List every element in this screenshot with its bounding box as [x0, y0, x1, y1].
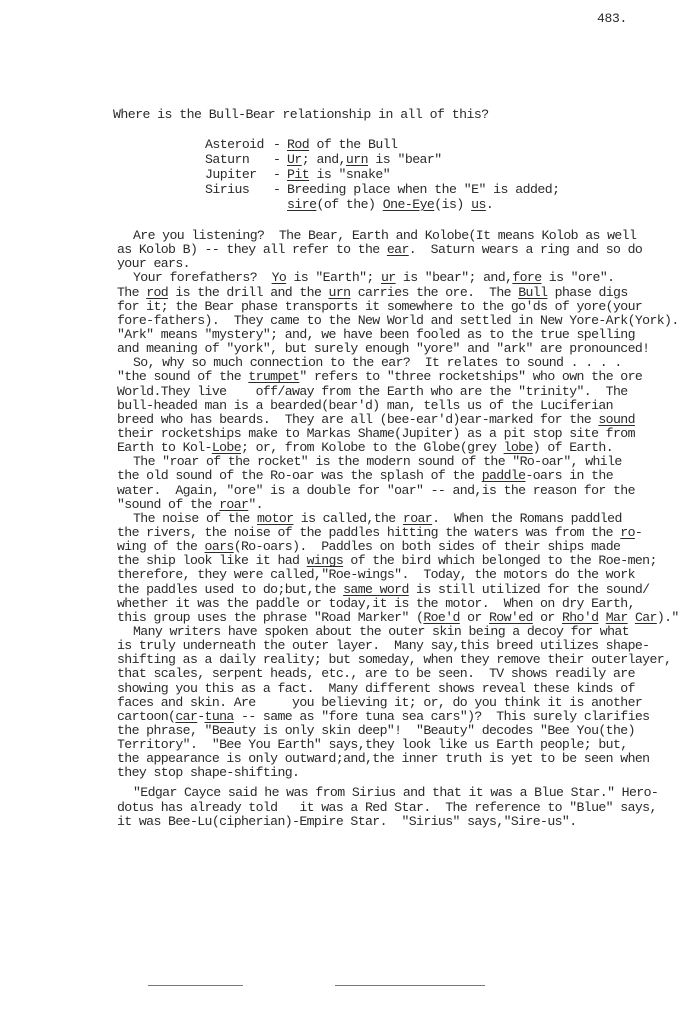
key-definition: Breeding place when the "E" is added;: [287, 182, 559, 197]
text-line: the ship look like it had wings of the b…: [117, 554, 692, 568]
text-line: their rocketships make to Markas Shame(J…: [117, 427, 692, 441]
text-line: the phrase, "Beauty is only skin deep"! …: [117, 724, 692, 738]
footer-rule-right: [335, 985, 485, 986]
key-term: Jupiter: [205, 167, 273, 182]
text-line: bull-headed man is a bearded(bear'd) man…: [117, 399, 692, 413]
text-line: the paddles used to do;but,the same word…: [117, 583, 692, 597]
text-line: Earth to Kol-Lobe; or, from Kolobe to th…: [117, 441, 692, 455]
text-line: your ears.: [117, 257, 692, 271]
key-dash: -: [273, 137, 287, 152]
key-term: Sirius: [205, 182, 273, 197]
planet-key-list: Asteroid- Rod of the BullSaturn- Ur; and…: [205, 137, 559, 212]
text-line: "Ark" means "mystery"; and, we have been…: [117, 328, 692, 342]
text-line: Territory". "Bee You Earth" says,they lo…: [117, 738, 692, 752]
text-line: the old sound of the Ro-oar was the spla…: [117, 469, 692, 483]
body-text: Are you listening? The Bear, Earth and K…: [117, 229, 692, 829]
text-line: wing of the oars(Ro-oars). Paddles on bo…: [117, 540, 692, 554]
key-dash: [273, 197, 287, 212]
text-line: The noise of the motor is called,the roa…: [117, 512, 692, 526]
text-line: "the sound of the trumpet" refers to "th…: [117, 370, 692, 384]
text-line: it was Bee-Lu(cipherian)-Empire Star. "S…: [117, 815, 692, 829]
text-line: So, why so much connection to the ear? I…: [117, 356, 692, 370]
key-definition: Pit is "snake": [287, 167, 390, 182]
key-row: sire(of the) One-Eye(is) us.: [205, 197, 559, 212]
text-line: shifting as a daily reality; but someday…: [117, 653, 692, 667]
text-line: the rivers, the noise of the paddles hit…: [117, 526, 692, 540]
text-line: The rod is the drill and the urn carries…: [117, 286, 692, 300]
text-line: "sound of the roar".: [117, 498, 692, 512]
text-line: whether it was the paddle or today,it is…: [117, 597, 692, 611]
key-term: Asteroid: [205, 137, 273, 152]
text-line: therefore, they were called,"Roe-wings".…: [117, 568, 692, 582]
text-line: faces and skin. Are you believing it; or…: [117, 696, 692, 710]
text-line: Are you listening? The Bear, Earth and K…: [117, 229, 692, 243]
key-row: Jupiter- Pit is "snake": [205, 167, 559, 182]
text-line: and meaning of "york", but surely enough…: [117, 342, 692, 356]
page-number: 483.: [597, 11, 627, 26]
text-line: Your forefathers? Yo is "Earth"; ur is "…: [117, 271, 692, 285]
key-definition: sire(of the) One-Eye(is) us.: [287, 197, 493, 212]
text-line: water. Again, "ore" is a double for "oar…: [117, 484, 692, 498]
key-definition: Rod of the Bull: [287, 137, 397, 152]
key-dash: -: [273, 167, 287, 182]
key-definition: Ur; and,urn is "bear": [287, 152, 442, 167]
text-line: they stop shape-shifting.: [117, 766, 692, 780]
text-line: showing you this as a fact. Many differe…: [117, 682, 692, 696]
text-line: this group uses the phrase "Road Marker"…: [117, 611, 692, 625]
text-line: that scales, serpent heads, etc., are to…: [117, 667, 692, 681]
text-line: the appearance is only outward;and,the i…: [117, 752, 692, 766]
key-dash: -: [273, 152, 287, 167]
text-line: The "roar of the rocket" is the modern s…: [117, 455, 692, 469]
key-term: Saturn: [205, 152, 273, 167]
text-line: as Kolob B) -- they all refer to the ear…: [117, 243, 692, 257]
text-line: dotus has already told it was a Red Star…: [117, 801, 692, 815]
text-line: for it; the Bear phase transports it som…: [117, 300, 692, 314]
text-line: Many writers have spoken about the outer…: [117, 625, 692, 639]
text-line: fore-fathers). They came to the New Worl…: [117, 314, 692, 328]
text-line: cartoon(car-tuna -- same as "fore tuna s…: [117, 710, 692, 724]
key-row: Asteroid- Rod of the Bull: [205, 137, 559, 152]
key-row: Saturn- Ur; and,urn is "bear": [205, 152, 559, 167]
text-line: is truly underneath the outer layer. Man…: [117, 639, 692, 653]
text-line: breed who has beards. They are all (bee-…: [117, 413, 692, 427]
text-line: "Edgar Cayce said he was from Sirius and…: [117, 786, 692, 800]
footer-rule-left: [148, 985, 243, 986]
section-question: Where is the Bull-Bear relationship in a…: [113, 107, 489, 122]
key-row: Sirius- Breeding place when the "E" is a…: [205, 182, 559, 197]
key-dash: -: [273, 182, 287, 197]
text-line: World.They live off/away from the Earth …: [117, 385, 692, 399]
